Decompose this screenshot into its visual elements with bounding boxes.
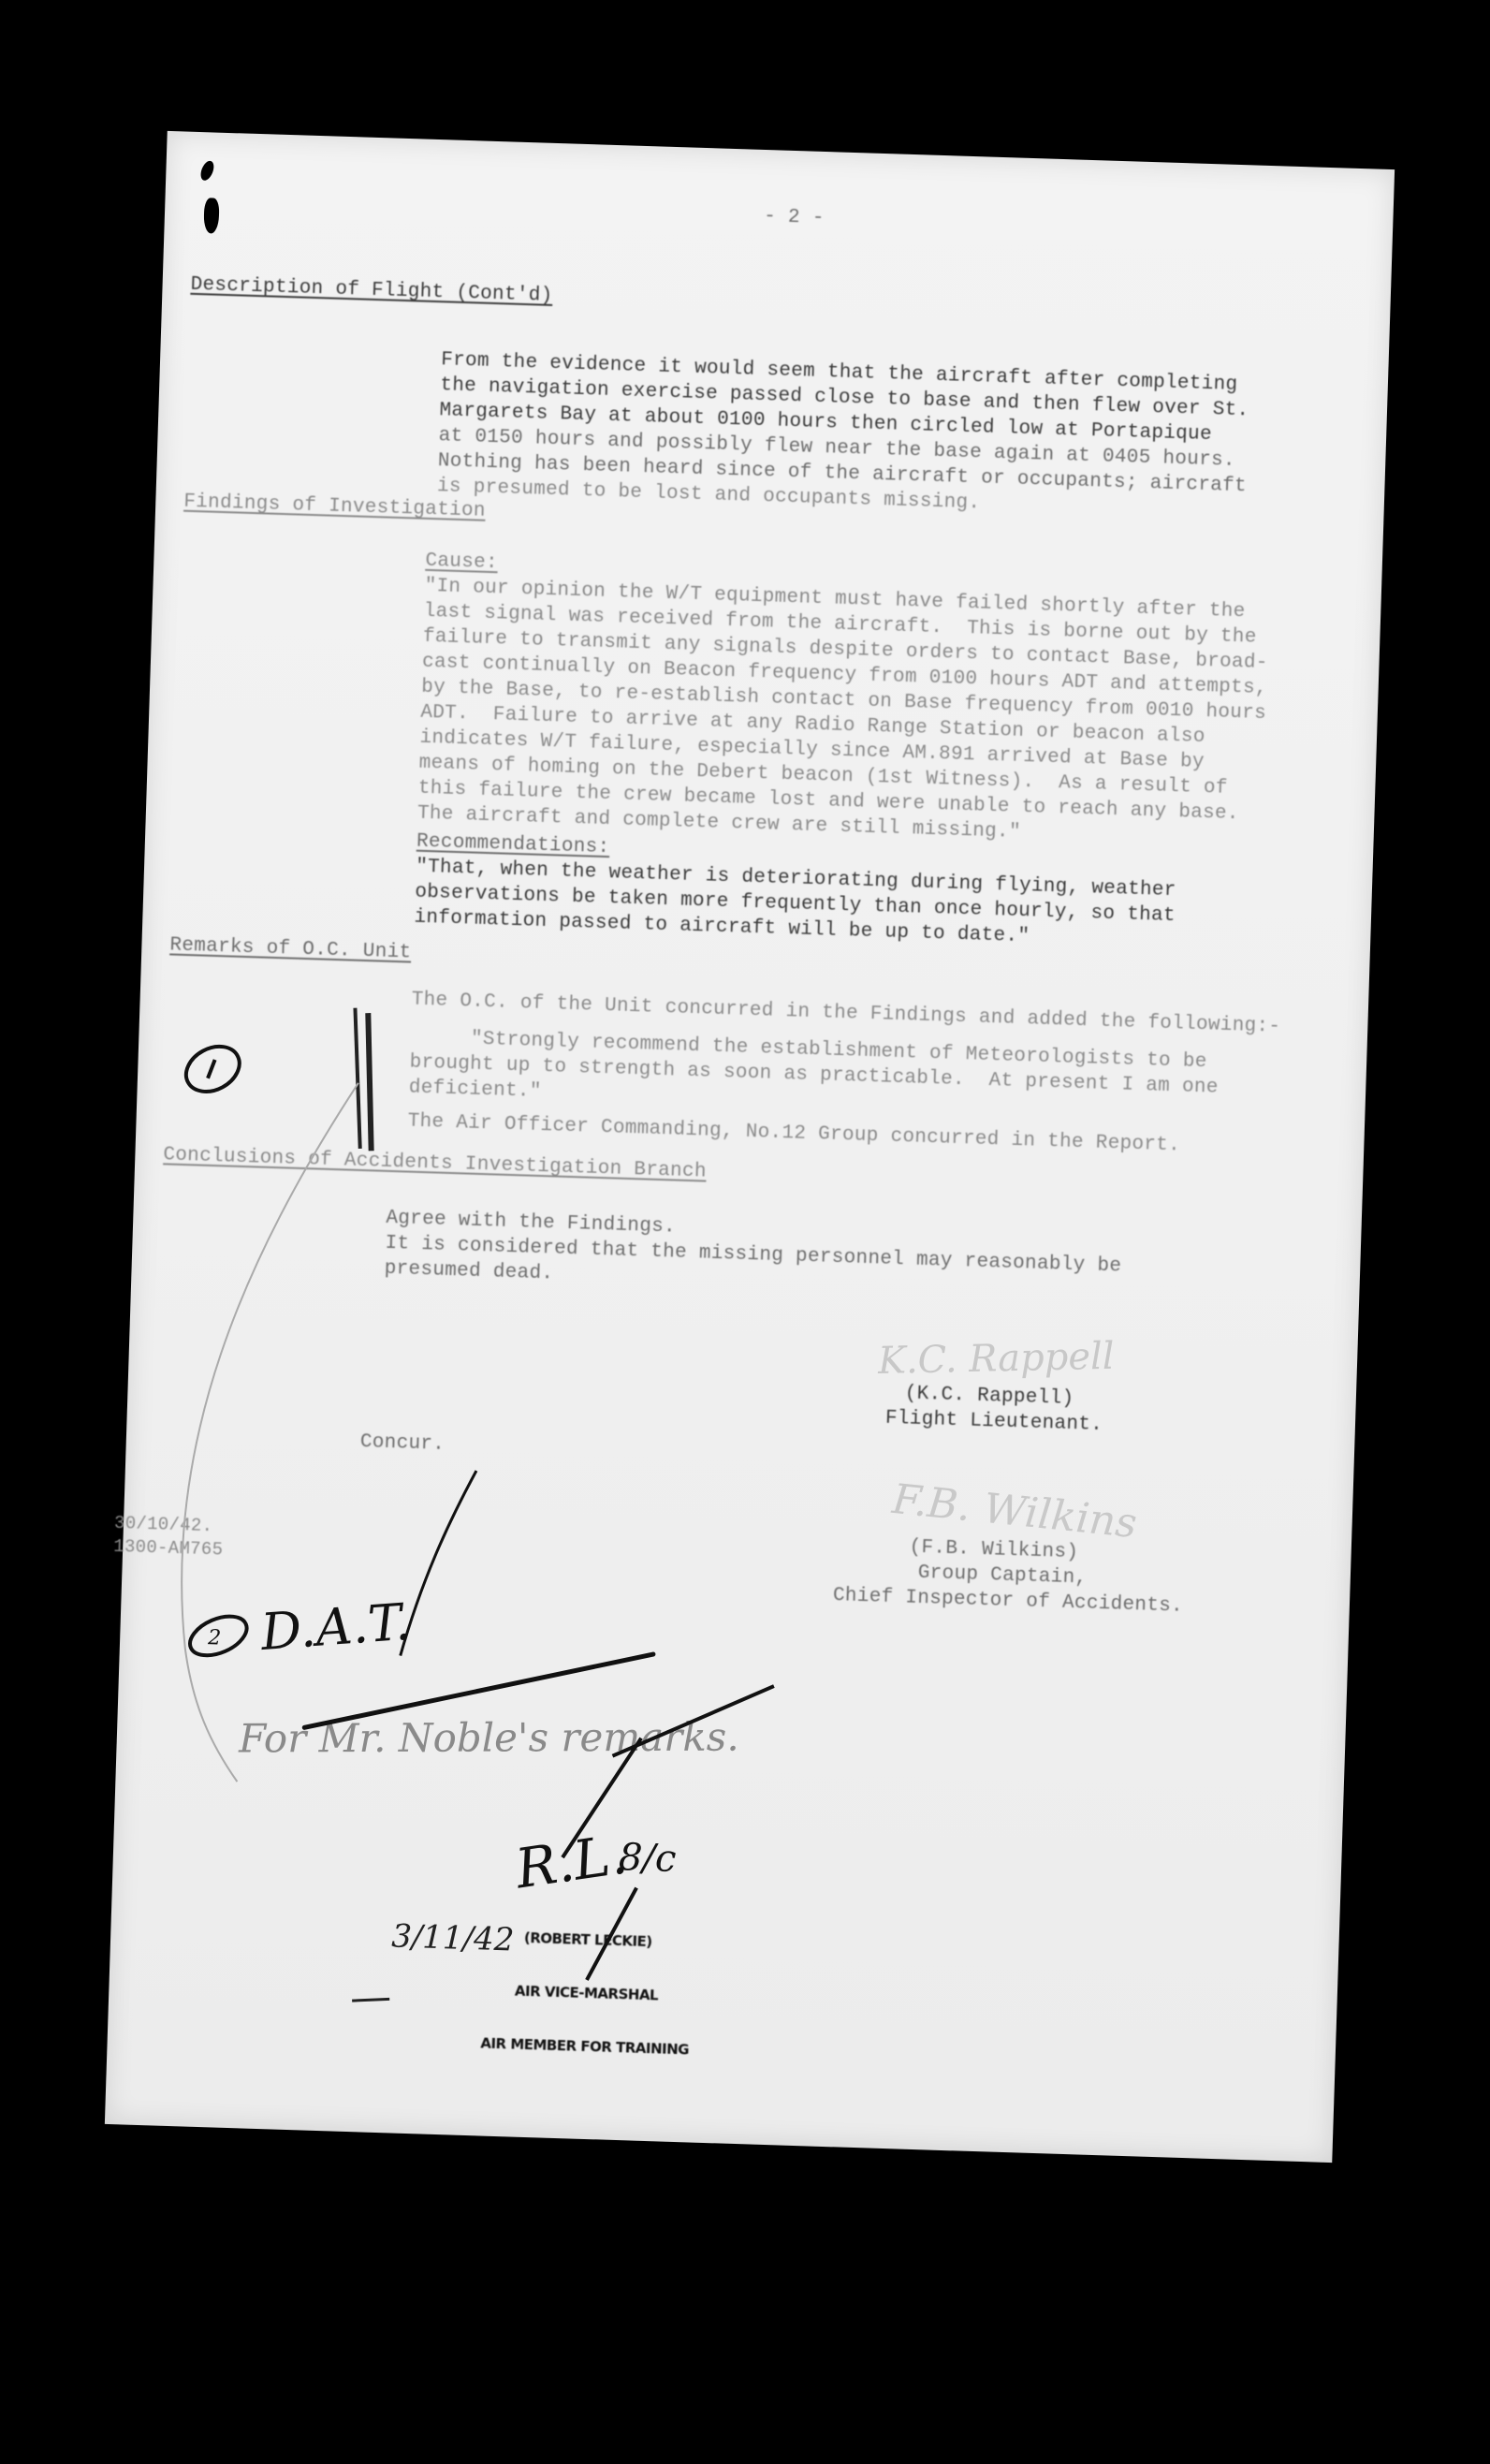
document-page: - 2 - Description of Flight (Cont'd) Fro…: [105, 131, 1395, 2163]
svg-text:2: 2: [207, 1626, 222, 1650]
dash-mark: [352, 1998, 389, 2002]
circled-number-2-icon: 2: [183, 1606, 254, 1665]
initials-stroke: [562, 1679, 774, 1864]
dat-underline: [304, 1643, 653, 1738]
margin-curve-line: [175, 1078, 358, 1784]
circled-number-1-icon: [177, 1036, 248, 1102]
checkmark-stroke: [401, 1469, 476, 1658]
ink-strokes: 2: [105, 131, 1395, 2163]
initials-slash: [587, 1886, 636, 1982]
margin-bar-icon: [351, 1008, 376, 1151]
